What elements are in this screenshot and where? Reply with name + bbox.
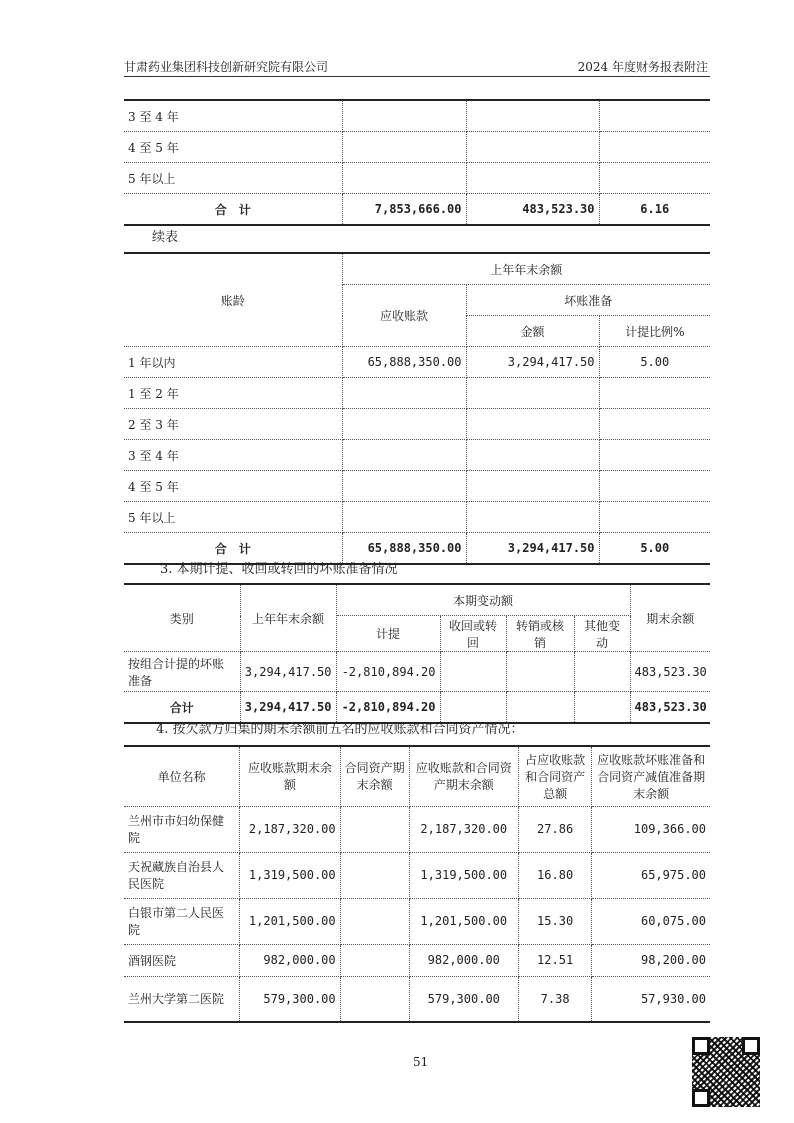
- table-row: 1 至 2 年: [124, 378, 710, 409]
- table-row: 兰州大学第二医院 579,300.00 579,300.00 7.38 57,9…: [124, 976, 710, 1022]
- aging-table-prev-year: 账龄 上年年末余额 应收账款 坏账准备 金额 计提比例% 1 年以内 65,88…: [124, 252, 710, 565]
- company-name: 甘肃药业集团科技创新研究院有限公司: [124, 58, 328, 75]
- header-age: 账龄: [124, 253, 342, 347]
- table-row: 3 至 4 年: [124, 440, 710, 471]
- table-row: 2 至 3 年: [124, 409, 710, 440]
- table-row: 5 年以上: [124, 502, 710, 533]
- table-row: 白银市第二人民医院 1,201,500.00 1,201,500.00 15.3…: [124, 898, 710, 944]
- header-ratio: 计提比例%: [599, 316, 710, 347]
- continued-label: 续表: [152, 226, 178, 245]
- header-prev-year: 上年年末余额: [342, 253, 710, 285]
- header-ar: 应收账款: [342, 285, 466, 347]
- top-five-debtors-table: 单位名称 应收账款期末余额 合同资产期末余额 应收账款和合同资产期末余额 占应收…: [124, 745, 710, 1023]
- report-title: 2024 年度财务报表附注: [578, 58, 708, 75]
- page-number: 51: [413, 1055, 428, 1069]
- table-row: 3 至 4 年: [124, 100, 710, 132]
- table-row: 4 至 5 年: [124, 132, 710, 163]
- table-row: 4 至 5 年: [124, 471, 710, 502]
- table-total-row: 合 计 7,853,666.00 483,523.30 6.16: [124, 194, 710, 226]
- bad-debt-change-table: 类别 上年年末余额 本期变动额 期末余额 计提 收回或转回 转销或核销 其他变动…: [124, 583, 710, 724]
- section4-title: 4. 按欠款方归集的期末余额前五名的应收账款和合同资产情况：: [156, 718, 524, 737]
- table-row: 兰州市市妇幼保健院 2,187,320.00 2,187,320.00 27.8…: [124, 806, 710, 852]
- section3-title: 3. 本期计提、收回或转回的坏账准备情况: [160, 558, 398, 577]
- header-bad-debt: 坏账准备: [466, 285, 710, 316]
- table-row: 天祝藏族自治县人民医院 1,319,500.00 1,319,500.00 16…: [124, 852, 710, 898]
- aging-table-current-tail: 3 至 4 年 4 至 5 年 5 年以上 合 计 7,853,666.00 4…: [124, 99, 710, 226]
- header-amount: 金额: [466, 316, 599, 347]
- table-row: 酒钢医院 982,000.00 982,000.00 12.51 98,200.…: [124, 944, 710, 976]
- table-row: 按组合计提的坏账准备 3,294,417.50 -2,810,894.20 48…: [124, 652, 710, 692]
- table-row: 5 年以上: [124, 163, 710, 194]
- page-header: 甘肃药业集团科技创新研究院有限公司 2024 年度财务报表附注: [124, 56, 710, 77]
- qr-code-icon: [692, 1037, 760, 1107]
- table-row: 1 年以内 65,888,350.00 3,294,417.50 5.00: [124, 347, 710, 378]
